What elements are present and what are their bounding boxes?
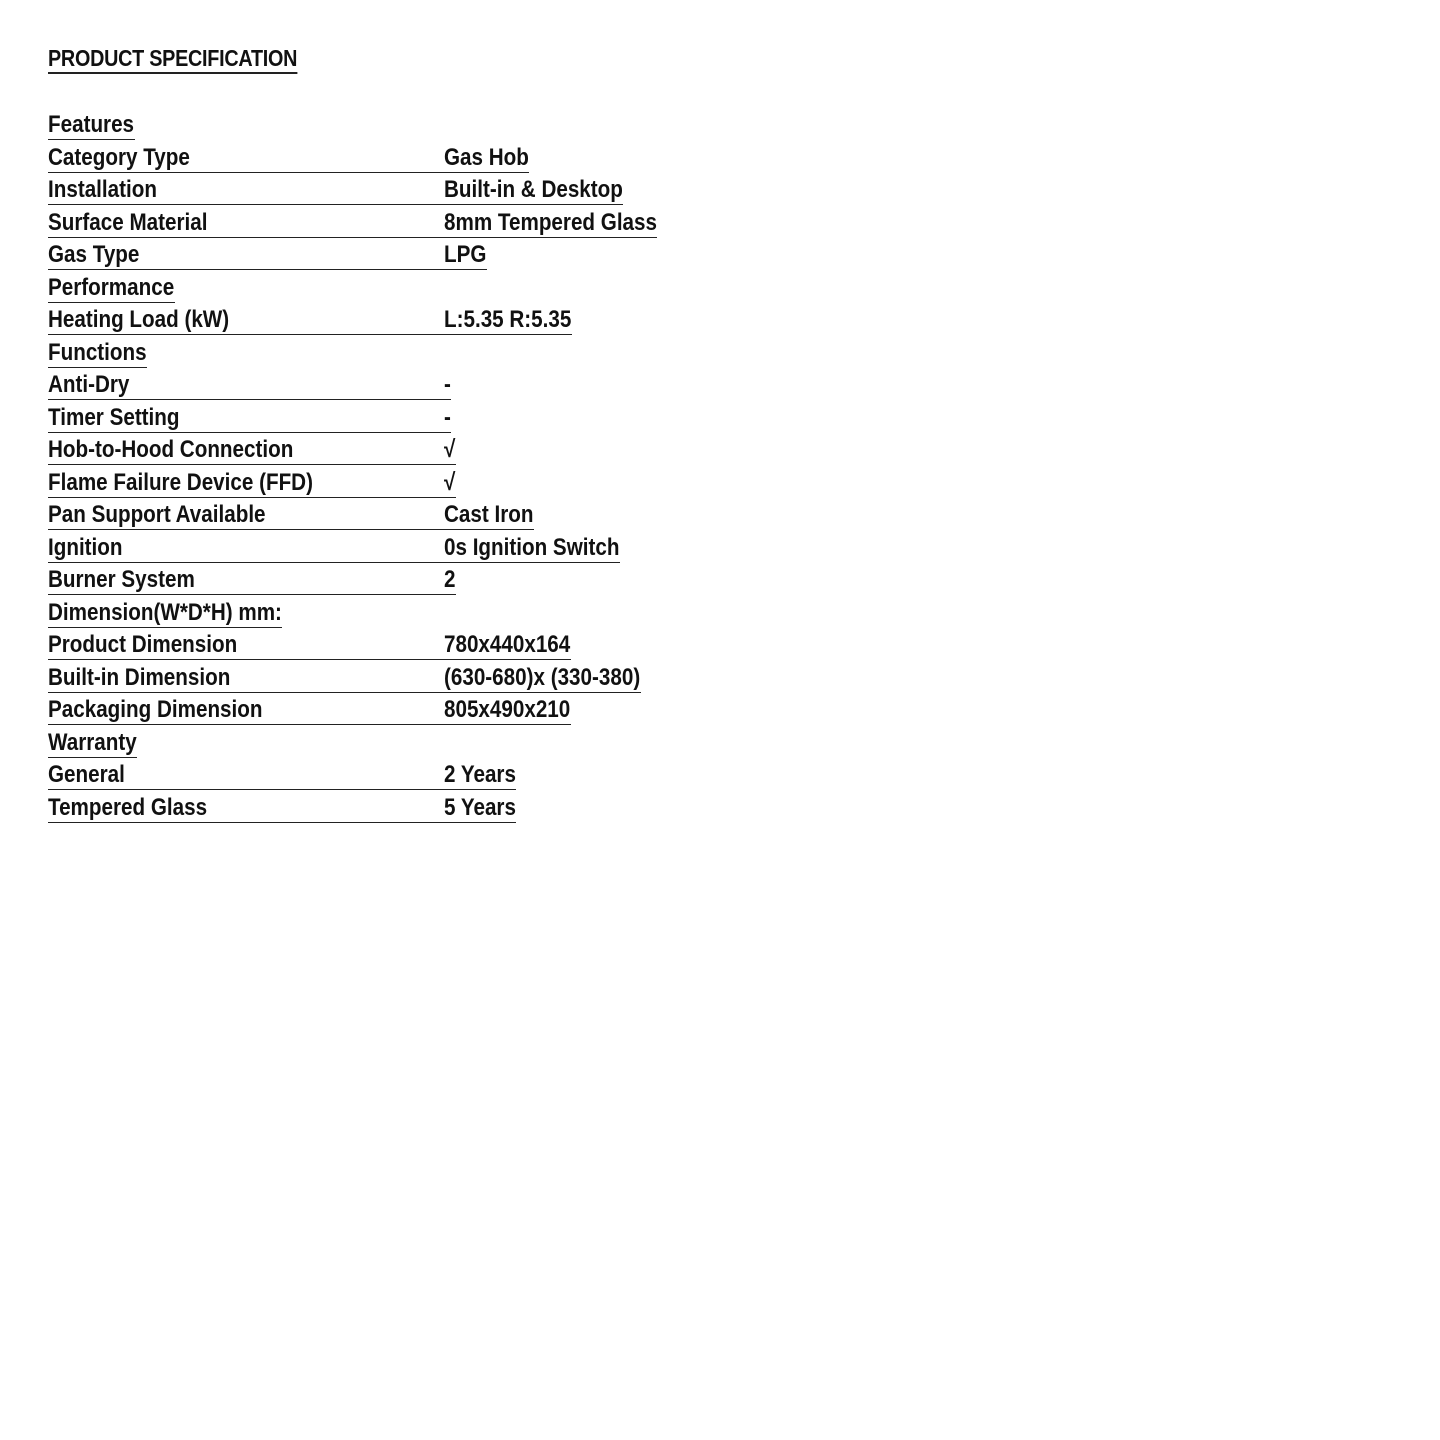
spec-row-underline: Flame Failure Device (FFD)√ bbox=[48, 467, 456, 498]
spec-label: General bbox=[48, 761, 125, 789]
section-heading: Dimension(W*D*H) mm: bbox=[48, 597, 657, 630]
section-heading-underline: Warranty bbox=[48, 727, 137, 758]
spec-row: Anti-Dry- bbox=[48, 369, 657, 402]
spec-row: Packaging Dimension805x490x210 bbox=[48, 694, 657, 727]
spec-label: Pan Support Available bbox=[48, 501, 266, 529]
spec-value: - bbox=[444, 404, 451, 432]
section-heading-underline: Functions bbox=[48, 337, 147, 368]
spec-label: Ignition bbox=[48, 534, 123, 562]
spec-label: Flame Failure Device (FFD) bbox=[48, 469, 313, 497]
spec-row: General2 Years bbox=[48, 759, 657, 792]
spec-row-underline: General2 Years bbox=[48, 759, 516, 790]
spec-row-underline: Pan Support AvailableCast Iron bbox=[48, 499, 534, 530]
section-heading-underline: Features bbox=[48, 109, 135, 140]
section-heading: Performance bbox=[48, 272, 657, 305]
spec-label: Anti-Dry bbox=[48, 371, 129, 399]
section-heading-text: Dimension(W*D*H) mm: bbox=[48, 599, 282, 627]
spec-row: Tempered Glass5 Years bbox=[48, 792, 657, 825]
spec-value: 2 Years bbox=[444, 761, 516, 789]
spec-value: - bbox=[444, 371, 451, 399]
section-heading: Warranty bbox=[48, 727, 657, 760]
spec-row: Category TypeGas Hob bbox=[48, 142, 657, 175]
spec-value: 0s Ignition Switch bbox=[444, 534, 619, 562]
section-heading: Functions bbox=[48, 337, 657, 370]
spec-row-underline: Heating Load (kW)L:5.35 R:5.35 bbox=[48, 304, 572, 335]
spec-row-underline: Category TypeGas Hob bbox=[48, 142, 529, 173]
spec-row-underline: InstallationBuilt-in & Desktop bbox=[48, 174, 623, 205]
spec-row-underline: Tempered Glass5 Years bbox=[48, 792, 516, 823]
spec-value: 805x490x210 bbox=[444, 696, 570, 724]
spec-value: 5 Years bbox=[444, 794, 516, 822]
spec-value: LPG bbox=[444, 241, 486, 269]
spec-value: √ bbox=[444, 469, 455, 497]
spec-row-underline: Gas TypeLPG bbox=[48, 239, 487, 270]
spec-row: Gas TypeLPG bbox=[48, 239, 657, 272]
spec-row: Heating Load (kW)L:5.35 R:5.35 bbox=[48, 304, 657, 337]
spec-label: Hob-to-Hood Connection bbox=[48, 436, 293, 464]
spec-row-underline: Hob-to-Hood Connection√ bbox=[48, 434, 456, 465]
spec-value: Gas Hob bbox=[444, 144, 529, 172]
spec-row: Surface Material8mm Tempered Glass bbox=[48, 207, 657, 240]
section-heading-text: Features bbox=[48, 111, 134, 139]
spec-row-underline: Ignition0s Ignition Switch bbox=[48, 532, 620, 563]
spec-label: Gas Type bbox=[48, 241, 139, 269]
spec-label: Product Dimension bbox=[48, 631, 237, 659]
spec-row: Hob-to-Hood Connection√ bbox=[48, 434, 657, 467]
spec-row-underline: Product Dimension780x440x164 bbox=[48, 629, 571, 660]
spec-value: Built-in & Desktop bbox=[444, 176, 623, 204]
section-heading-underline: Performance bbox=[48, 272, 175, 303]
section-heading-text: Performance bbox=[48, 274, 174, 302]
spec-value: √ bbox=[444, 436, 455, 464]
spec-row-underline: Anti-Dry- bbox=[48, 369, 451, 400]
spec-label: Surface Material bbox=[48, 209, 207, 237]
section-heading-text: Functions bbox=[48, 339, 147, 367]
spec-table: FeaturesCategory TypeGas HobInstallation… bbox=[48, 109, 657, 824]
spec-row-underline: Surface Material8mm Tempered Glass bbox=[48, 207, 657, 238]
spec-label: Tempered Glass bbox=[48, 794, 207, 822]
spec-label: Burner System bbox=[48, 566, 195, 594]
section-heading: Features bbox=[48, 109, 657, 142]
spec-value: 780x440x164 bbox=[444, 631, 570, 659]
spec-row: Ignition0s Ignition Switch bbox=[48, 532, 657, 565]
spec-label: Installation bbox=[48, 176, 157, 204]
spec-row: InstallationBuilt-in & Desktop bbox=[48, 174, 657, 207]
spec-value: 8mm Tempered Glass bbox=[444, 209, 657, 237]
spec-document: PRODUCT SPECIFICATION FeaturesCategory T… bbox=[48, 44, 657, 824]
spec-row-underline: Packaging Dimension805x490x210 bbox=[48, 694, 571, 725]
spec-value: L:5.35 R:5.35 bbox=[444, 306, 571, 334]
page-title: PRODUCT SPECIFICATION bbox=[48, 44, 297, 74]
spec-label: Packaging Dimension bbox=[48, 696, 262, 724]
spec-row-underline: Built-in Dimension(630-680)x (330-380) bbox=[48, 662, 641, 693]
spec-value: Cast Iron bbox=[444, 501, 533, 529]
spec-row: Timer Setting- bbox=[48, 402, 657, 435]
spec-value: (630-680)x (330-380) bbox=[444, 664, 640, 692]
spec-label: Heating Load (kW) bbox=[48, 306, 229, 334]
spec-label: Built-in Dimension bbox=[48, 664, 230, 692]
section-heading-text: Warranty bbox=[48, 729, 137, 757]
spec-row-underline: Timer Setting- bbox=[48, 402, 451, 433]
spec-row: Product Dimension780x440x164 bbox=[48, 629, 657, 662]
section-heading-underline: Dimension(W*D*H) mm: bbox=[48, 597, 282, 628]
spec-row: Flame Failure Device (FFD)√ bbox=[48, 467, 657, 500]
spec-value: 2 bbox=[444, 566, 455, 594]
spec-row-underline: Burner System2 bbox=[48, 564, 456, 595]
spec-row: Pan Support AvailableCast Iron bbox=[48, 499, 657, 532]
spec-row: Built-in Dimension(630-680)x (330-380) bbox=[48, 662, 657, 695]
spec-label: Timer Setting bbox=[48, 404, 180, 432]
spec-row: Burner System2 bbox=[48, 564, 657, 597]
spec-label: Category Type bbox=[48, 144, 190, 172]
